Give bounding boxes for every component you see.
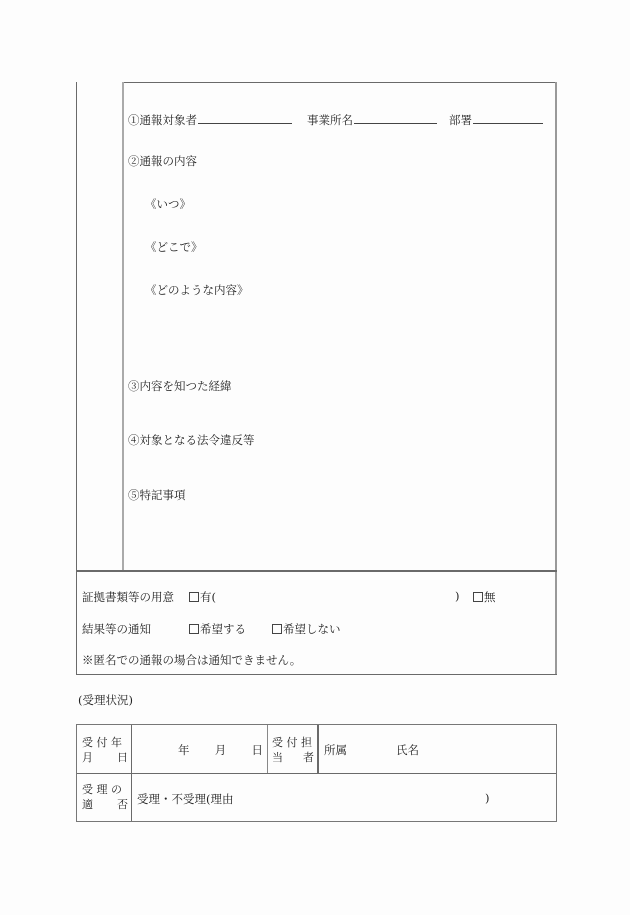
special-notes-label: ⑤特記事項 <box>128 487 186 503</box>
year-label: 年 <box>178 742 190 758</box>
notification-not-want-checkbox[interactable] <box>272 624 282 634</box>
office-name-label: 事業所名 <box>307 113 353 127</box>
receipt-col-divider-1 <box>131 725 132 821</box>
inner-box-left-border <box>122 82 124 571</box>
evidence-label: 証拠書類等の用意 <box>82 589 174 605</box>
notification-want-label: 希望する <box>200 622 246 636</box>
notification-not-want-label: 希望しない <box>283 622 341 636</box>
evidence-no-option[interactable]: 無 <box>473 589 496 605</box>
department-label: 部署 <box>449 113 472 127</box>
options-bottom-border <box>76 674 557 675</box>
month-label: 月 <box>215 742 227 758</box>
receipt-date-header: 受 付 年 月 日 <box>82 735 128 765</box>
when-label: 《いつ》 <box>145 196 191 212</box>
section-divider <box>76 570 557 572</box>
violation-label: ④対象となる法令違反等 <box>128 432 255 448</box>
office-name-row: 事業所名 <box>307 111 437 128</box>
receipt-name-label: 氏名 <box>396 742 419 758</box>
notification-want-option[interactable]: 希望する <box>189 621 246 637</box>
receipt-acceptance-header: 受 理 の 適 否 <box>82 782 128 812</box>
day-label: 日 <box>252 742 264 758</box>
evidence-no-checkbox[interactable] <box>473 592 483 602</box>
notification-not-want-option[interactable]: 希望しない <box>272 621 341 637</box>
evidence-yes-checkbox[interactable] <box>189 592 199 602</box>
receipt-col-divider-2 <box>267 725 268 773</box>
receipt-col-divider-3 <box>317 725 319 773</box>
department-row: 部署 <box>449 111 543 128</box>
report-target-label: ①通報対象者 <box>128 113 197 127</box>
office-name-field[interactable] <box>354 111 437 124</box>
evidence-no-label: 無 <box>484 590 496 604</box>
notification-label: 結果等の通知 <box>82 621 151 637</box>
inner-box-right-border <box>555 82 557 675</box>
outer-left-border <box>76 82 77 675</box>
receipt-acceptance-close: ) <box>485 791 490 805</box>
receipt-row-divider <box>77 773 556 774</box>
receipt-affiliation-label: 所属 <box>324 742 347 758</box>
what-label: 《どのような内容》 <box>145 282 249 298</box>
anonymous-note: ※匿名での通報の場合は通知できません。 <box>82 652 301 668</box>
report-target-row: ①通報対象者 <box>128 111 292 128</box>
evidence-yes-option[interactable]: 有( <box>189 589 216 605</box>
inner-box-top-border <box>122 82 557 83</box>
report-content-label: ②通報の内容 <box>128 153 197 169</box>
receipt-table: 受 付 年 月 日 年 月 日 受 付 担 当 者 所属 氏名 受 理 の 適 … <box>76 724 557 822</box>
notification-want-checkbox[interactable] <box>189 624 199 634</box>
report-target-field[interactable] <box>198 111 292 124</box>
department-field[interactable] <box>473 111 543 124</box>
evidence-close-paren: ) <box>455 589 460 603</box>
receipt-staff-header: 受 付 担 当 者 <box>272 735 314 765</box>
receipt-acceptance-text: 受理・不受理(理由 <box>137 791 234 807</box>
evidence-yes-label: 有( <box>200 590 216 604</box>
receipt-heading: (受理状況) <box>78 692 133 708</box>
where-label: 《どこで》 <box>145 239 203 255</box>
how-learned-label: ③内容を知つた経緯 <box>128 378 232 394</box>
receipt-date-field[interactable]: 年 月 日 <box>178 742 263 758</box>
